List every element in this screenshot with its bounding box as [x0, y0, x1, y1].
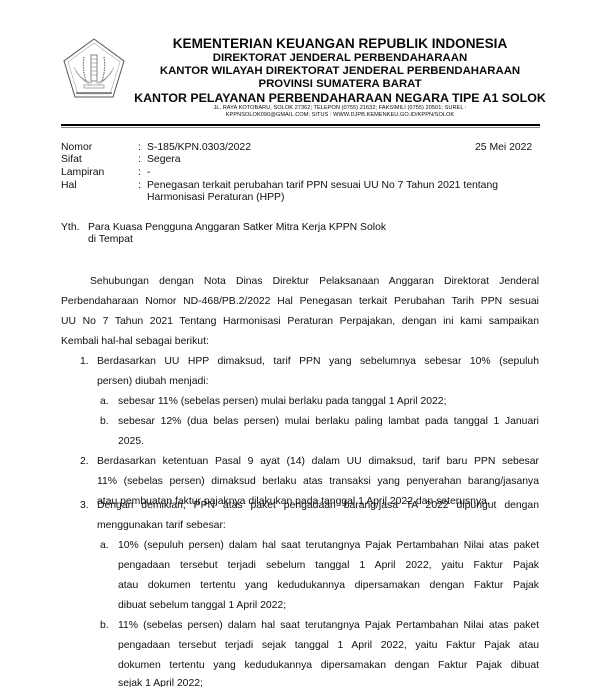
sublist-item-3b-line-3: dokumen tertentu yang kedudukannya diper…: [118, 660, 539, 671]
list-item-1-line-2: persen) diubah menjadi:: [97, 376, 208, 387]
list-number-3: 3.: [80, 500, 89, 511]
office-name: KANTOR PELAYANAN PERBENDAHARAAN NEGARA T…: [130, 91, 550, 105]
meta-colon: :: [138, 142, 141, 154]
sublist-item-1b-line-1: sebesar 12% (dua belas persen) mulai ber…: [118, 416, 539, 427]
meta-colon: :: [138, 167, 141, 179]
sublist-item-3a-line-1: 10% (sepuluh persen) dalam hal saat teru…: [118, 540, 539, 551]
sublist-item-1b-line-2: 2025.: [118, 436, 144, 447]
office-address: JL. RAYA KOTOBARU, SOLOK 27362; TELEPON …: [150, 105, 530, 119]
intro-line-3: UU No 7 Tahun 2021 Tentang Harmonisasi P…: [61, 316, 539, 327]
ministry-emblem-icon: [62, 37, 126, 101]
meta-value-sifat: Segera: [147, 154, 181, 166]
meta-label-hal: Hal: [61, 180, 77, 192]
header-divider: [61, 124, 540, 126]
meta-colon: :: [138, 180, 141, 192]
sublist-item-3b-line-2: pengadaan tersebut terjadi sejak tanggal…: [118, 640, 539, 651]
sublist-item-3b-line-4: sejak 1 April 2022;: [118, 678, 203, 687]
list-item-3-line-1: Dengan demikian, PPN atas paket pengadaa…: [97, 500, 539, 511]
meta-colon: :: [138, 154, 141, 166]
list-item-2-line-1: Berdasarkan ketentuan Pasal 9 ayat (14) …: [97, 456, 539, 467]
list-item-2-line-2: 11% (sebelas persen) dimaksud berlaku at…: [97, 476, 539, 487]
addressee-prefix: Yth.: [61, 222, 79, 234]
intro-line-2: Perbendaharaan Nomor ND-468/PB.2/2022 Ha…: [61, 296, 539, 307]
meta-value-lampiran: -: [147, 167, 150, 179]
province-name: PROVINSI SUMATERA BARAT: [150, 78, 530, 90]
meta-value-hal: Penegasan terkait perubahan tarif PPN se…: [147, 180, 498, 192]
sublist-item-3a-line-4: dibuat sebelum tanggal 1 April 2022;: [118, 600, 286, 611]
sublist-letter: a.: [100, 396, 109, 407]
meta-label-sifat: Sifat: [61, 154, 82, 166]
list-number: 1.: [80, 356, 89, 367]
address-line-2: KPPNSOLOK090@GMAIL.COM; SITUS : WWW.DJPB…: [150, 112, 530, 119]
sublist-item-3b-line-1: 11% (sebelas persen) dalam hal saat teru…: [118, 620, 539, 631]
intro-line-4: Kembali hal-hal sebagai berikut:: [61, 336, 209, 347]
regional-office-name: KANTOR WILAYAH DIREKTORAT JENDERAL PERBE…: [140, 65, 540, 77]
sublist-letter: a.: [100, 540, 109, 551]
addressee-name: Para Kuasa Pengguna Anggaran Satker Mitr…: [88, 222, 386, 234]
ministry-name: KEMENTERIAN KEUANGAN REPUBLIK INDONESIA: [150, 36, 530, 51]
letter-date: 25 Mei 2022: [475, 142, 532, 154]
sublist-item-3a-line-3: atau dokumen tertentu yang kedudukannya …: [118, 580, 539, 591]
meta-value-nomor: S-185/KPN.0303/2022: [147, 142, 251, 154]
intro-line-1: Sehubungan dengan Nota Dinas Direktur Pe…: [90, 276, 539, 287]
list-item-1-line-1: Berdasarkan UU HPP dimaksud, tarif PPN y…: [97, 356, 539, 367]
sublist-item-3a-line-2: pengadaan tersebut terjadi sebelum tangg…: [118, 560, 539, 571]
list-item-3-line-2: menggunakan tarif sebesar:: [97, 520, 226, 531]
sublist-letter: b.: [100, 416, 109, 427]
addressee-place: di Tempat: [88, 234, 133, 246]
header-divider-thin: [61, 127, 540, 128]
sublist-letter: b.: [100, 620, 109, 631]
list-number: 2.: [80, 456, 89, 467]
directorate-name: DIREKTORAT JENDERAL PERBENDAHARAAN: [150, 52, 530, 64]
sublist-item-1a: sebesar 11% (sebelas persen) mulai berla…: [118, 396, 446, 407]
meta-label-nomor: Nomor: [61, 142, 92, 154]
address-line-1: JL. RAYA KOTOBARU, SOLOK 27362; TELEPON …: [150, 105, 530, 112]
meta-value-hal-cont: Harmonisasi Peraturan (HPP): [147, 192, 284, 204]
meta-label-lampiran: Lampiran: [61, 167, 104, 179]
